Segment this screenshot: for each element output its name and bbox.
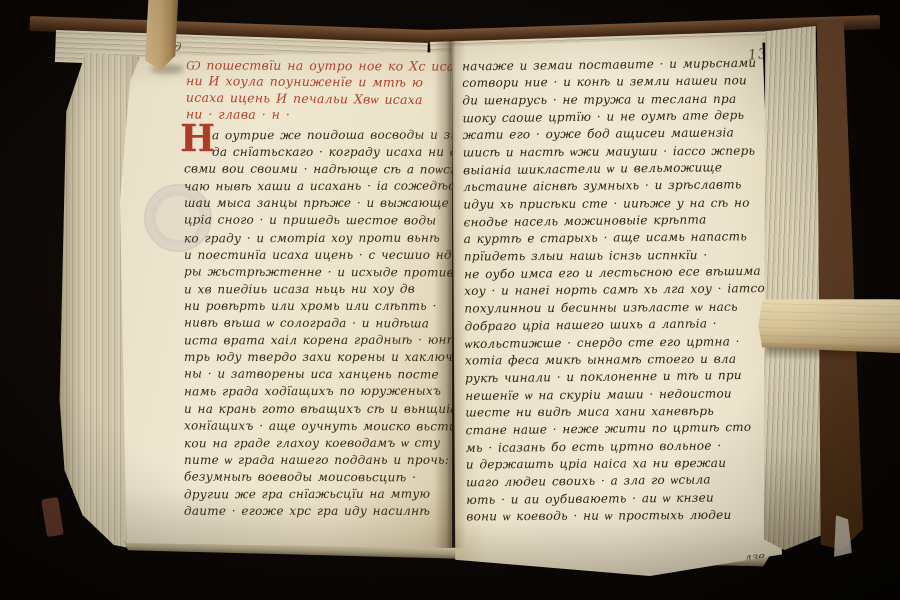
- manuscript-text-line: ни И хоула поуниженїе и мтѣ ю: [186, 73, 448, 91]
- manuscript-text-line: трь юду твердо захи корены и хаключе: [184, 349, 452, 366]
- manuscript-text-line: выіаніа шикластели ѡ и вельможище: [463, 159, 769, 180]
- manuscript-text-line: другии же гра снїажьсцїи на мтую: [184, 486, 452, 504]
- manuscript-text-line: хонїащихъ · аще оучнуть моиско вьсти: [184, 417, 452, 435]
- manuscript-text-line: сотвори ние · и конѣ и земли нашеи пои: [462, 72, 768, 92]
- manuscript-text-line: начаже и земаи поставите · и мирьснами: [462, 55, 768, 76]
- bottom-left-cover-corner: [41, 497, 64, 537]
- manuscript-text-line: єнодье насель можиновыіе крѣпта: [463, 211, 769, 232]
- manuscript-text-line: рукѣ чинали · и поклоненне и тѣ и при: [465, 367, 771, 388]
- manuscript-text-line: шесте ни видѣ миса хани ханевѣрь: [465, 402, 771, 421]
- manuscript-text-line: ры жьстрѣжтенне · и исхыде противѣ: [184, 263, 452, 281]
- manuscript-text-line: и поестинїа исаха ицень · с чесшио нда: [184, 247, 452, 264]
- manuscript-text-line: не оубо имса его и лестьсною есе вѣшима: [464, 263, 770, 284]
- manuscript-text-line: похулиннои и бесинны изѣласте ѡ нась: [464, 298, 770, 317]
- manuscript-text-line: и хв пиедіиь исаза ньць ни хоу дв: [184, 280, 452, 298]
- photo-background: Ѡ пошествїи на оутро ное ко Хс исахани И…: [0, 0, 900, 600]
- manuscript-text-line: кои на граде глахоу коеводамъ ѡ сту: [184, 434, 452, 452]
- gutter-shadow: [434, 40, 466, 548]
- manuscript-text-line: мь · ісазань бо есть цртно вольное ·: [466, 437, 772, 457]
- manuscript-text-line: вони ѡ коеводь · ни ѡ простыхь людеи: [466, 507, 772, 526]
- manuscript-text-line: шаи мыса занцы прѣже · и выжающе: [184, 195, 452, 212]
- manuscript-text-line: ни ровѣрть или хромь или слѣпть ·: [184, 298, 452, 315]
- manuscript-text-line: хотіа феса микѣ ыннамѣ стоего и вла: [465, 350, 771, 369]
- manuscript-text-line: ють · и аи оубиваюеть · аи ѡ кнзеи: [466, 489, 772, 509]
- manuscript-text-line: нивѣ вѣша ѡ солограда · и нидѣша: [184, 315, 452, 333]
- right-page: 132. начаже и земаи поставите · и мирьсн…: [452, 36, 782, 576]
- manuscript-text-line: безумныѣ воеводы моисовьсциѣ ·: [184, 468, 452, 486]
- manuscript-text-line: жати его · оуже бод ащисеи машензіа: [463, 124, 769, 144]
- manuscript-text-line: иста врата хаіл корена градныѣ · юнѣ: [184, 332, 452, 350]
- manuscript-text-line: прїидеть злыи нашь існзь испнкїи ·: [464, 246, 770, 265]
- manuscript-text-line: исаха ицень И печальи Хвѡ исаха: [186, 89, 448, 108]
- manuscript-text-line: шоку саоше цртїю · и не оумѣ ате дерь: [462, 107, 768, 128]
- manuscript-text-line: шисѣ и настѣ ѡжи маиуши · іассо жперь: [463, 142, 769, 161]
- manuscript-text-line: чаю нывѣ хаши а исахань · іа сожедѣсѡ: [184, 178, 452, 196]
- wooden-stick-right: [758, 296, 900, 353]
- manuscript-text-line: идуи хь присѣки сте · ииѣже у на сѣ но: [463, 194, 769, 213]
- drop-cap-initial: Н: [180, 120, 215, 157]
- right-page-text: начаже и земаи поставите · и мирьснамисо…: [462, 55, 772, 526]
- manuscript-text-line: намь града ходїащихъ по юруженыхъ: [184, 383, 452, 401]
- manuscript-text-line: ко граду · и смотріа хоу проти вьнѣ: [184, 229, 452, 247]
- manuscript-text-line: и держашть цріа наіса ха ни врежаи: [466, 454, 772, 473]
- manuscript-text-line: ны · и затворены иса ханцень посте: [184, 366, 452, 384]
- manuscript-text-line: цріа сного · и пришедь шестое воды: [184, 212, 452, 230]
- manuscript-text-line: пите ѡ града нашего поддань и прочь:: [184, 452, 452, 469]
- manuscript-text-line: и на крань гото вѣащихъ сѣ и вьнщиіа: [184, 401, 452, 418]
- manuscript-text-line: льстаине аіснвѣ зумныхь · и зрѣславть: [463, 176, 769, 196]
- manuscript-text-line: да снїатьскаго · кограду исаха ни совѣ: [184, 144, 452, 161]
- manuscript-text-line: шаго людеи своихь · а зла го ѡсыла: [466, 471, 772, 492]
- manuscript-text-line: добраго цріа нашего шихь а лапѣіа ·: [464, 315, 770, 336]
- manuscript-text-line: ѡкольстижше · снердо сте его цртна ·: [465, 333, 771, 353]
- manuscript-text-line: а оутрие же поидоша восводы и згра: [184, 127, 452, 145]
- left-page-text: а оутрие же поидоша восводы и зграда снї…: [184, 127, 452, 520]
- manuscript-text-line: свми вои своими · надѣюще сѣ а поѡсѣ: [184, 161, 452, 179]
- manuscript-text-line: стане наше · неже жити по цртиѣ сто: [465, 419, 771, 440]
- manuscript-text-line: ни · глава · н ·: [186, 107, 448, 125]
- right-fore-edge: [764, 26, 824, 550]
- right-cover-edge: [817, 18, 863, 550]
- manuscript-text-line: а куртѣ е старыхь · аще исамь напасть: [464, 228, 770, 248]
- manuscript-text-line: нешенїе ѡ на скуріи маши · недоистои: [465, 385, 771, 405]
- rubric-heading: Ѡ пошествїи на оутро ное ко Хс исахани И…: [186, 57, 448, 124]
- left-page: Ѡ пошествїи на оутро ное ко Хс исахани И…: [120, 52, 452, 548]
- faint-round-stamp: [144, 184, 212, 252]
- manuscript-text-line: хоу · и нанеі норть самѣ хь лга хоу · іа…: [464, 281, 770, 301]
- manuscript-text-line: даите · егоже хрс гра иду насилнѣ: [184, 503, 452, 520]
- manuscript-text-line: ди шенарусь · не тружа и теслана пра: [462, 90, 768, 109]
- manuscript-text-line: Ѡ пошествїи на оутро ное ко Хс исаха: [186, 57, 448, 75]
